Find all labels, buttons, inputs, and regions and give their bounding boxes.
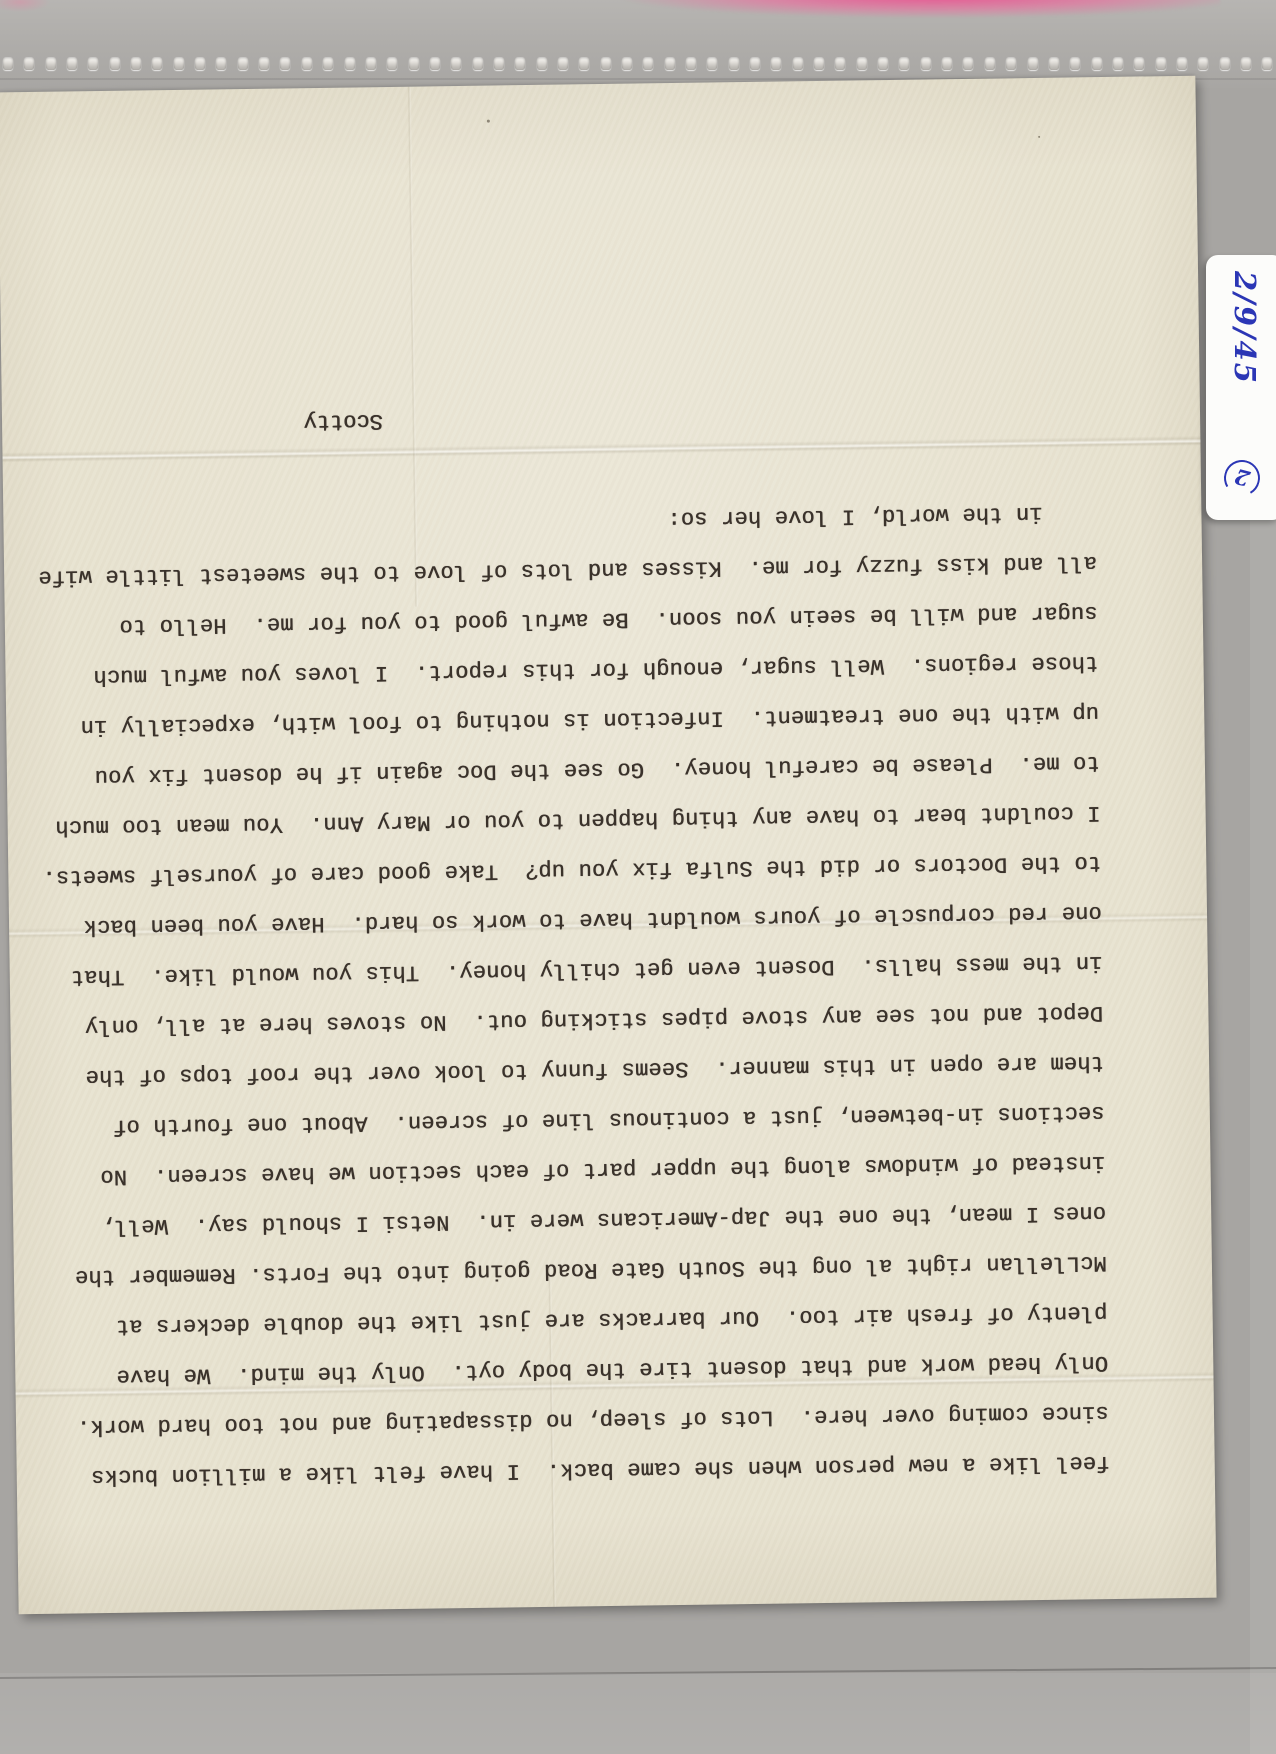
perforation-hole xyxy=(1028,57,1038,70)
perforation-hole xyxy=(686,57,696,70)
handwritten-date: 2/9/45 xyxy=(1228,271,1262,385)
perforation-hole xyxy=(1156,57,1166,70)
perforation-hole xyxy=(1220,57,1230,70)
perforation-hole xyxy=(1177,57,1187,70)
perforation-hole xyxy=(3,57,13,70)
perforation-hole xyxy=(24,57,34,70)
perforation-hole xyxy=(387,57,397,70)
perforation-hole xyxy=(302,57,312,70)
perforation-hole xyxy=(1241,57,1251,70)
perforation-hole xyxy=(579,57,589,70)
perforation-hole xyxy=(1134,57,1144,70)
perforation-hole xyxy=(1198,57,1208,70)
perforation-hole xyxy=(430,57,440,70)
perforation-hole xyxy=(643,57,653,70)
perforation-hole xyxy=(942,57,952,70)
perforation-hole xyxy=(857,57,867,70)
perforation-hole xyxy=(451,57,461,70)
perforation-hole xyxy=(921,57,931,70)
scanner-bottom-band xyxy=(0,1673,1276,1754)
perforation-hole xyxy=(1070,57,1080,70)
perforation-hole xyxy=(280,57,290,70)
perforation-hole xyxy=(1262,57,1272,70)
perforation-hole xyxy=(665,57,675,70)
perforation-hole xyxy=(537,57,547,70)
perforation-hole xyxy=(46,57,56,70)
archival-sticker: 2/9/45 2 xyxy=(1206,255,1276,520)
perforation-hole xyxy=(793,57,803,70)
perforation-hole xyxy=(963,57,973,70)
perforation-hole xyxy=(1049,57,1059,70)
perforation-hole xyxy=(771,57,781,70)
perforation-hole xyxy=(1113,57,1123,70)
perforation-hole xyxy=(131,57,141,70)
perforation-hole xyxy=(473,57,483,70)
perforation-hole xyxy=(985,57,995,70)
perforation-hole xyxy=(558,57,568,70)
page-number-text: 2 xyxy=(1232,464,1253,492)
perforation-hole xyxy=(409,57,419,70)
handwritten-page-number-circled: 2 xyxy=(1220,456,1264,500)
letter-orientation-flip: feel like a new person when she came bac… xyxy=(0,76,1217,1615)
perforation-hole xyxy=(622,57,632,70)
perforation-hole xyxy=(515,57,525,70)
perforation-hole xyxy=(259,57,269,70)
perforation-hole xyxy=(750,57,760,70)
perforation-hole xyxy=(729,57,739,70)
perforation-hole xyxy=(899,57,909,70)
perforation-hole xyxy=(878,57,888,70)
perforation-hole xyxy=(195,57,205,70)
perforation-hole xyxy=(601,57,611,70)
perforation-hole xyxy=(67,57,77,70)
perforation-hole xyxy=(152,57,162,70)
perforation-hole xyxy=(174,57,184,70)
perforation-hole xyxy=(238,57,248,70)
pink-corner-artifact xyxy=(0,0,50,12)
perforation-hole xyxy=(216,57,226,70)
signature: Scotty xyxy=(52,395,384,450)
pink-scan-artifact xyxy=(540,0,1220,18)
perforation-hole xyxy=(1006,57,1016,70)
perforation-hole xyxy=(814,57,824,70)
letter-page-upside-down: feel like a new person when she came bac… xyxy=(0,76,1217,1615)
perforation-hole xyxy=(494,57,504,70)
perforation-hole xyxy=(835,57,845,70)
perforation-hole xyxy=(88,57,98,70)
perforation-hole xyxy=(323,57,333,70)
perforation-hole xyxy=(345,57,355,70)
perforation-hole xyxy=(110,57,120,70)
scanned-letter-sheet: feel like a new person when she came bac… xyxy=(0,0,1276,1754)
scanner-right-band xyxy=(1250,430,1276,1754)
perforation-hole xyxy=(1092,57,1102,70)
letter-body: feel like a new person when she came bac… xyxy=(0,76,1217,1615)
sleeve-perforation-strip xyxy=(0,48,1276,78)
perforation-hole xyxy=(707,57,717,70)
perforation-hole xyxy=(366,57,376,70)
